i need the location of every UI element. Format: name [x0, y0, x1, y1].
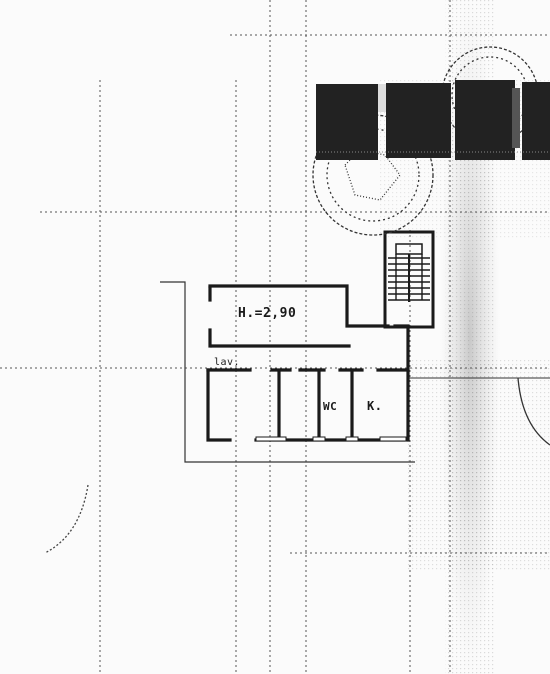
stamp-3 — [455, 80, 515, 160]
laundry-label: lav. — [214, 357, 240, 368]
door-arc-left — [45, 485, 88, 553]
revenue-stamps — [316, 80, 550, 160]
staircase — [385, 232, 433, 327]
kitchen-label: K. — [367, 399, 382, 413]
ceiling-height-label: H.=2,90 — [238, 306, 296, 321]
wc-label: WC — [323, 400, 337, 413]
stamp-2 — [386, 83, 451, 158]
stamp-4 — [522, 82, 550, 160]
floor-plan-drawing — [0, 0, 550, 674]
stamp-1 — [316, 84, 378, 160]
